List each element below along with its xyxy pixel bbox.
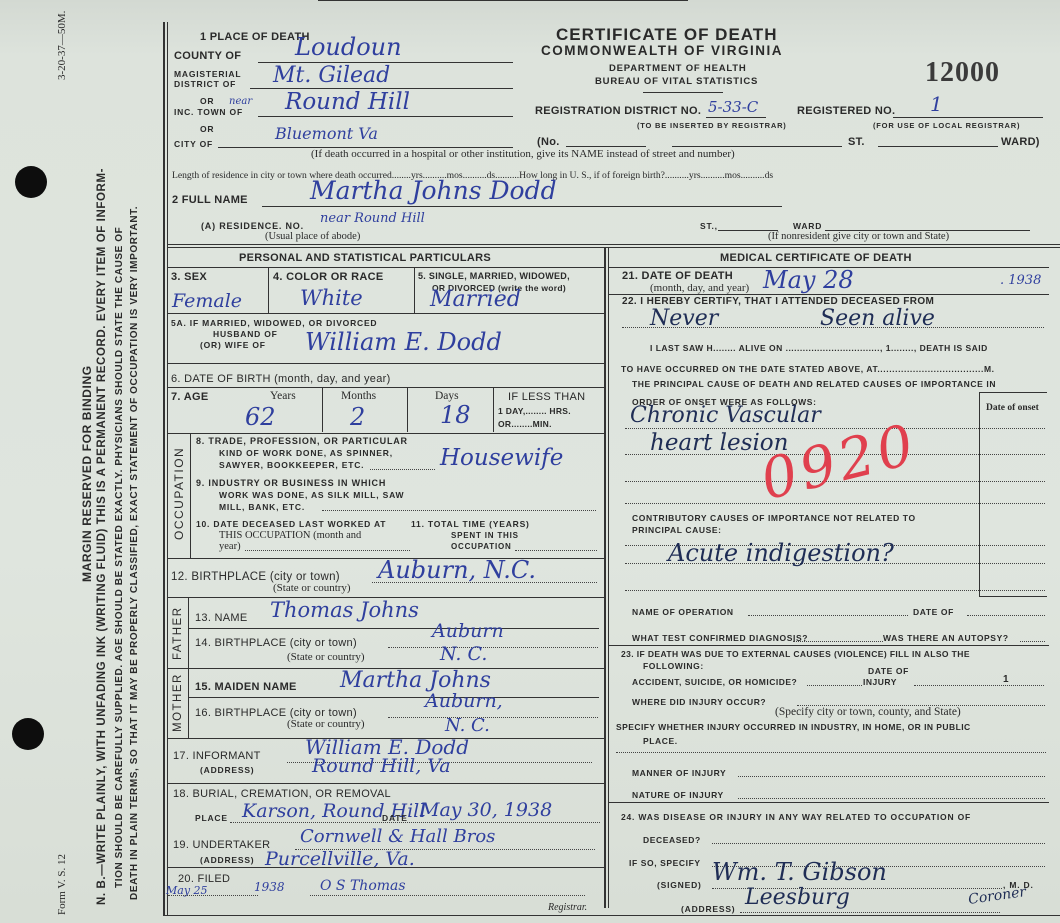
specify-1: SPECIFY WHETHER INJURY OCCURRED IN INDUS… <box>616 722 971 732</box>
autopsy-label: WAS THERE AN AUTOPSY? <box>883 633 1009 643</box>
informant-label: 17. INFORMANT <box>173 750 261 762</box>
cause-line-1[interactable]: Chronic Vascular <box>630 403 821 428</box>
occupation-side-rule <box>190 434 191 558</box>
race-label: 4. COLOR OR RACE <box>273 271 384 283</box>
industry-label-1: 9. INDUSTRY OR BUSINESS IN WHICH <box>196 478 386 488</box>
trade-value[interactable]: Housewife <box>440 445 563 471</box>
last-worked-2: THIS OCCUPATION (month and <box>219 530 361 541</box>
total-time-dotted-line <box>515 550 597 551</box>
state-name: COMMONWEALTH OF VIRGINIA <box>541 43 783 58</box>
less-than-3: OR........MIN. <box>498 419 552 429</box>
frame-bottom-rule <box>163 915 1060 916</box>
mother-birthplace-city[interactable]: Auburn, <box>425 690 503 712</box>
industry-label-3: MILL, BANK, ETC. <box>219 502 305 512</box>
age-months-value[interactable]: 2 <box>350 403 365 431</box>
dod-label: 21. DATE OF DEATH <box>622 270 733 282</box>
residence-st-label: ST., <box>700 221 718 231</box>
trade-label-1: 8. TRADE, PROFESSION, OR PARTICULAR <box>196 436 408 446</box>
dod-month-day[interactable]: May 28 <box>763 266 854 294</box>
death-certificate-page: 3-20-37—50M. Form V. S. 12 MARGIN RESERV… <box>0 0 1060 923</box>
injury-dotted <box>914 685 1044 686</box>
center-divider-2 <box>608 248 609 908</box>
undertaker-bottom-rule <box>168 867 604 868</box>
accident-label: ACCIDENT, SUICIDE, OR HOMICIDE? <box>632 677 797 687</box>
months-label: Months <box>341 390 376 402</box>
instruction-line-3: DEATH IN PLAIN TERMS, SO THAT IT MAY BE … <box>129 206 140 900</box>
operation-date-label: DATE OF <box>913 607 954 617</box>
informant-address[interactable]: Round Hill, Va <box>312 755 451 777</box>
street-no-label: (No. <box>537 136 560 148</box>
occupation-related-dotted <box>712 843 1045 844</box>
row-3-rule <box>168 313 604 314</box>
burial-place-dotted <box>230 822 600 823</box>
signature-value[interactable]: Wm. T. Gibson <box>712 858 887 886</box>
residence-line <box>318 0 688 1</box>
street-name-line <box>672 146 842 147</box>
dod-bottom-rule <box>609 294 1049 295</box>
mother-side-rule <box>188 669 189 739</box>
certificate-number: 12000 <box>925 57 1000 89</box>
age-divider-1 <box>322 388 323 432</box>
header-bottom-rule <box>167 244 1060 245</box>
sex-value[interactable]: Female <box>172 290 242 312</box>
form-number: Form V. S. 12 <box>56 854 68 915</box>
occurred-at: TO HAVE OCCURRED ON THE DATE STATED ABOV… <box>621 364 995 374</box>
attended-from[interactable]: Never <box>650 306 718 331</box>
personal-title-rule <box>168 267 604 268</box>
industry-label-2: WORK WAS DONE, AS SILK MILL, SAW <box>219 490 404 500</box>
specify-dotted <box>616 752 1046 753</box>
date-of-onset-label: Date of onset <box>986 403 1039 413</box>
residence-note: (Usual place of abode) <box>265 231 360 242</box>
informant-address-label: (ADDRESS) <box>200 765 254 775</box>
residence-ward-label: WARD <box>793 221 822 231</box>
birthplace-sub: (State or country) <box>273 582 351 594</box>
spouse-label-1: 5A. IF MARRIED, WIDOWED, OR DIVORCED <box>171 318 377 328</box>
department-name: DEPARTMENT OF HEALTH <box>609 63 747 74</box>
age-divider-3 <box>493 388 494 432</box>
specify-2: PLACE. <box>643 736 678 746</box>
registration-district-note: (TO BE INSERTED BY REGISTRAR) <box>637 121 787 130</box>
city-label: CITY OF <box>174 139 213 149</box>
last-worked-dotted-line <box>245 550 410 551</box>
if-so-label: IF SO, SPECIFY <box>629 858 701 868</box>
father-birthplace-city[interactable]: Auburn <box>432 620 504 642</box>
burial-label: 18. BURIAL, CREMATION, OR REMOVAL <box>173 788 391 800</box>
personal-section-title: PERSONAL AND STATISTICAL PARTICULARS <box>239 252 491 264</box>
father-name-rule <box>189 628 599 629</box>
certificate-title: CERTIFICATE OF DEATH <box>556 25 777 45</box>
last-worked-1: 10. DATE DECEASED LAST WORKED AT <box>196 519 386 529</box>
town-label: INC. TOWN OF <box>174 107 243 117</box>
registered-no-value[interactable]: 1 <box>930 92 943 116</box>
spouse-label-2: HUSBAND OF <box>213 329 278 339</box>
industry-dotted-line <box>322 510 596 511</box>
binding-note: MARGIN RESERVED FOR BINDING <box>80 365 94 582</box>
where-label: WHERE DID INJURY OCCUR? <box>632 697 766 707</box>
undertaker-address-label: (ADDRESS) <box>200 855 254 865</box>
dod-year[interactable]: . 1938 <box>1000 273 1041 288</box>
marital-label-1: 5. SINGLE, MARRIED, WIDOWED, <box>418 271 570 281</box>
registration-district-line <box>706 117 766 118</box>
district-label-2: DISTRICT OF <box>174 79 236 89</box>
town-or: OR <box>200 96 214 106</box>
print-code: 3-20-37—50M. <box>56 11 68 80</box>
registrar-dotted <box>310 895 585 896</box>
father-name-value[interactable]: Thomas Johns <box>270 598 419 622</box>
total-time-2: SPENT IN THIS <box>451 531 519 540</box>
less-than-1: IF LESS THAN <box>508 391 585 403</box>
mother-name-label: 15. MAIDEN NAME <box>195 681 297 693</box>
attended-to[interactable]: Seen alive <box>820 306 935 331</box>
injury-date-label: DATE OF <box>868 666 909 676</box>
mother-side-label: MOTHER <box>172 673 184 732</box>
full-name-value[interactable]: Martha Johns Dodd <box>310 176 557 205</box>
burial-date-value[interactable]: May 30, 1938 <box>420 799 552 821</box>
race-marital-divider <box>414 268 415 313</box>
accident-dotted <box>807 685 862 686</box>
sex-race-divider <box>268 268 269 313</box>
town-value[interactable]: Round Hill <box>285 89 410 115</box>
trade-label-2: KIND OF WORK DONE, AS SPINNER, <box>219 448 393 458</box>
spouse-value[interactable]: William E. Dodd <box>305 328 502 356</box>
mother-birthplace-dotted <box>388 717 598 718</box>
mother-birthplace-sub: (State or country) <box>287 718 365 730</box>
signed-label: (SIGNED) <box>657 880 702 890</box>
ward-line <box>878 146 998 147</box>
father-side-rule <box>188 598 189 668</box>
contributory-value[interactable]: Acute indigestion? <box>668 539 894 567</box>
operation-label: NAME OF OPERATION <box>632 607 734 617</box>
row-7-rule <box>168 433 604 434</box>
hospital-note: (If death occurred in a hospital or othe… <box>311 148 735 160</box>
age-divider-2 <box>407 388 408 432</box>
occupation-side-label: OCCUPATION <box>172 447 186 540</box>
binding-hole-bottom <box>12 718 44 750</box>
nonresident-note: (If nonresident give city or town and St… <box>768 231 949 242</box>
principal-cause-1: THE PRINCIPAL CAUSE OF DEATH AND RELATED… <box>632 379 996 389</box>
date-of-onset-box <box>979 392 1047 597</box>
total-time-3: OCCUPATION <box>451 542 512 551</box>
burial-place-label: PLACE <box>195 813 228 823</box>
spouse-label-3: (OR) WIFE OF <box>200 340 266 350</box>
mother-birthplace-state[interactable]: N. C. <box>445 715 490 736</box>
registrar-label: Registrar. <box>548 902 587 913</box>
father-birthplace-dotted <box>388 647 598 648</box>
burial-date-label: DATE <box>382 813 408 823</box>
frame-left-rule-inner <box>167 22 168 915</box>
nature-bottom-rule <box>609 802 1049 803</box>
contributory-1: CONTRIBUTORY CAUSES OF IMPORTANCE NOT RE… <box>632 513 916 523</box>
contributory-2: PRINCIPAL CAUSE: <box>632 525 722 535</box>
informant-bottom-rule <box>168 783 604 784</box>
county-label: COUNTY OF <box>174 50 241 62</box>
occupation-related-2: DECEASED? <box>643 835 701 845</box>
test-label: WHAT TEST CONFIRMED DIAGNOSIS? <box>632 633 808 643</box>
street-st-label: ST. <box>848 136 865 148</box>
instruction-line-1: N. B.—WRITE PLAINLY, WITH UNFADING INK (… <box>96 168 108 905</box>
district-label-1: MAGISTERIAL <box>174 69 241 79</box>
manner-dotted <box>738 776 1045 777</box>
frame-left-rule <box>163 22 165 915</box>
undertaker-value[interactable]: Cornwell & Hall Bros <box>300 826 495 847</box>
race-value[interactable]: White <box>300 286 363 310</box>
father-birthplace-label: 14. BIRTHPLACE (city or town) <box>195 637 357 649</box>
bureau-name: BUREAU OF VITAL STATISTICS <box>595 76 758 87</box>
town-line <box>258 116 513 117</box>
cause-dotted-4 <box>625 503 1045 504</box>
full-name-line <box>262 206 782 207</box>
marital-value[interactable]: Married <box>430 287 521 312</box>
ward-label: WARD) <box>1001 136 1040 148</box>
instruction-line-2: TION SHOULD BE CAREFULLY SUPPLIED. AGE S… <box>114 227 125 888</box>
medical-section-title: MEDICAL CERTIFICATE OF DEATH <box>720 252 912 264</box>
undertaker-label: 19. UNDERTAKER <box>173 839 270 851</box>
city-value[interactable]: Bluemont Va <box>275 124 378 143</box>
dod-sub: (month, day, and year) <box>650 282 749 294</box>
district-value[interactable]: Mt. Gilead <box>273 63 390 88</box>
less-than-2: 1 DAY,........ HRS. <box>498 406 571 416</box>
trade-label-3: SAWYER, BOOKKEEPER, ETC. <box>219 460 364 470</box>
last-worked-3: year) <box>219 541 241 552</box>
row-6-rule <box>168 387 604 388</box>
father-name-label: 13. NAME <box>195 612 248 624</box>
total-time-1: 11. TOTAL TIME (YEARS) <box>411 519 530 529</box>
father-side-label: FATHER <box>172 606 184 660</box>
registrar-signature[interactable]: O S Thomas <box>320 878 406 894</box>
address-label: (ADDRESS) <box>681 904 735 914</box>
registered-no-line <box>893 117 1043 118</box>
operation-dotted <box>748 615 908 616</box>
manner-label: MANNER OF INJURY <box>632 768 726 778</box>
where-note: (Specify city or town, county, and State… <box>775 706 961 718</box>
filed-year[interactable]: 1938 <box>254 880 285 894</box>
external-2: FOLLOWING: <box>643 661 704 671</box>
place-of-death-section-label: 1 PLACE OF DEATH <box>200 31 310 43</box>
autopsy-dotted <box>1020 641 1045 642</box>
age-years-value[interactable]: 62 <box>245 403 276 431</box>
injury-year: 1 <box>1003 674 1009 685</box>
trade-dotted-line <box>370 469 435 470</box>
address-dotted <box>740 912 1000 913</box>
age-days-value[interactable]: 18 <box>440 401 471 429</box>
external-1: 23. IF DEATH WAS DUE TO EXTERNAL CAUSES … <box>621 649 970 659</box>
county-value[interactable]: Loudoun <box>295 33 402 61</box>
dob-label: 6. DATE OF BIRTH (month, day, and year) <box>171 373 391 385</box>
registered-no-note: (FOR USE OF LOCAL REGISTRAR) <box>873 121 1020 130</box>
nature-label: NATURE OF INJURY <box>632 790 724 800</box>
nature-dotted <box>738 798 1045 799</box>
street-no-line <box>566 146 646 147</box>
row-5a-rule <box>168 363 604 364</box>
binding-hole-top <box>15 166 47 198</box>
town-prefix: near <box>229 96 252 107</box>
sex-label: 3. SEX <box>171 271 207 283</box>
filed-date-dotted <box>168 895 258 896</box>
age-label: 7. AGE <box>171 391 208 403</box>
birthplace-value[interactable]: Auburn, N.C. <box>378 556 536 584</box>
last-saw: I LAST SAW H........ ALIVE ON ..........… <box>650 343 988 353</box>
residence-value[interactable]: near Round Hill <box>320 211 425 226</box>
years-label: Years <box>270 390 296 402</box>
operation-date-dotted <box>967 615 1045 616</box>
residence-label: (A) RESIDENCE. NO. <box>201 221 304 231</box>
city-or: OR <box>200 124 214 134</box>
address-value[interactable]: Leesburg <box>745 885 850 910</box>
occupation-related-1: 24. WAS DISEASE OR INJURY IN ANY WAY REL… <box>621 812 971 822</box>
registered-no-label: REGISTERED NO. <box>797 105 895 117</box>
injury-label: INJURY <box>863 677 897 687</box>
full-name-label: 2 FULL NAME <box>172 194 248 206</box>
header-bottom-rule-2 <box>167 247 1060 248</box>
mother-name-rule <box>189 697 599 698</box>
registration-district-value[interactable]: 5-33-C <box>708 98 758 116</box>
test-bottom-rule <box>609 645 1049 646</box>
contributory-dotted-3 <box>625 590 1045 591</box>
test-dotted <box>793 641 883 642</box>
father-birthplace-state[interactable]: N. C. <box>440 643 487 665</box>
header-divider <box>643 92 723 93</box>
father-birthplace-sub: (State or country) <box>287 651 365 663</box>
registration-district-label: REGISTRATION DISTRICT NO. <box>535 105 701 117</box>
center-divider <box>604 248 606 908</box>
